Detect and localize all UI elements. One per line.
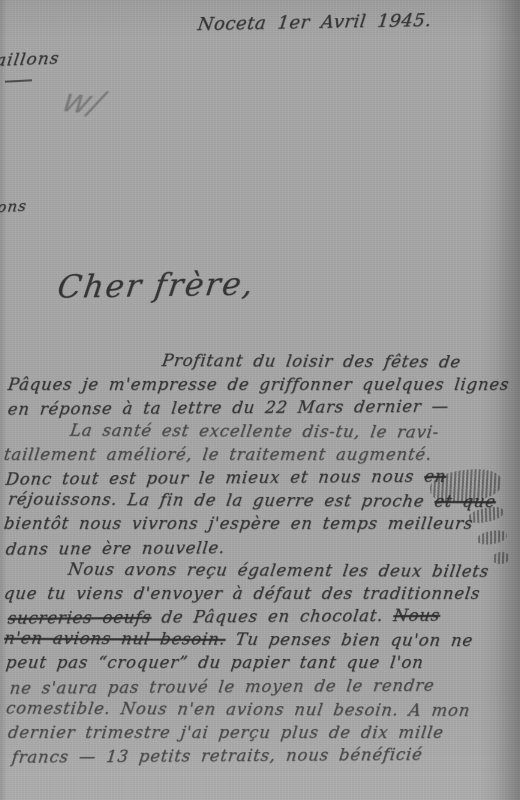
line-text: comestible. Nous n'en avions nul besoin.… bbox=[5, 698, 472, 719]
handwritten-line: francs — 13 petits retraits, nous bénéfi… bbox=[10, 742, 520, 769]
handwritten-line: comestible. Nous n'en avions nul besoin.… bbox=[5, 696, 520, 722]
handwritten-line: réjouissons. La fin de la guerre est pro… bbox=[7, 488, 520, 514]
line-text: Pâques je m'empresse de griffonner quelq… bbox=[7, 375, 511, 394]
line-text: La santé est excellente dis-tu, le ravi- bbox=[69, 420, 441, 441]
line-text: bientôt nous vivrons j'espère en temps m… bbox=[3, 514, 474, 533]
handwritten-line: sucreries oeufs de Pâques en chocolat. N… bbox=[6, 603, 520, 630]
line-text: ne s'aura pas trouvé le moyen de le rend… bbox=[9, 675, 436, 697]
handwritten-line: bientôt nous vivrons j'espère en temps m… bbox=[3, 512, 520, 535]
handwritten-line: peut pas “croquer” du papier tant que l'… bbox=[5, 651, 520, 674]
handwritten-line: que tu viens d'envoyer à défaut des trad… bbox=[3, 582, 520, 605]
line-text: Donc tout est pour le mieux et nous nous bbox=[5, 467, 426, 489]
margin-fragment-mid-left: illons bbox=[0, 197, 28, 217]
line-text: Profitant du loisir des fêtes de bbox=[161, 351, 463, 372]
line-text: en réponse à ta lettre du 22 Mars dernie… bbox=[7, 397, 450, 419]
struck-text: en bbox=[423, 467, 447, 486]
handwritten-line: Pâques je m'empresse de griffonner quelq… bbox=[7, 373, 520, 396]
struck-text: sucreries oeufs bbox=[7, 608, 153, 628]
fragment-underline bbox=[5, 79, 32, 82]
struck-text: Nous bbox=[392, 606, 441, 625]
line-text: Nous avons reçu également les deux bille… bbox=[67, 559, 491, 580]
handwritten-line: dans une ère nouvelle. bbox=[4, 534, 520, 561]
handwritten-line: La santé est excellente dis-tu, le ravi- bbox=[68, 418, 520, 444]
line-text: dernier trimestre j'ai perçu plus de dix… bbox=[7, 723, 445, 742]
letter-body: Profitant du loisir des fêtes dePâques j… bbox=[4, 350, 520, 767]
line-text: francs — 13 petits retraits, nous bénéfi… bbox=[11, 745, 424, 767]
handwritten-line: en réponse à ta lettre du 22 Mars dernie… bbox=[6, 395, 520, 422]
salutation: Cher frère, bbox=[55, 266, 257, 305]
line-text: réjouissons. La fin de la guerre est pro… bbox=[7, 490, 436, 511]
struck-text: et que bbox=[433, 492, 497, 511]
handwritten-line: Nous avons reçu également les deux bille… bbox=[66, 557, 520, 583]
handwritten-line: Donc tout est pour le mieux et nous nous… bbox=[4, 464, 520, 491]
scanned-letter-page: Noceta 1er Avril 1945. haillons w/ illon… bbox=[0, 0, 520, 800]
letter-dateline: Noceta 1er Avril 1945. bbox=[196, 10, 432, 35]
line-text: peut pas “croquer” du papier tant que l'… bbox=[5, 653, 425, 672]
line-text: Tu penses bien qu'on ne bbox=[224, 630, 474, 650]
struck-text: n'en avions nul besoin. bbox=[3, 629, 227, 649]
line-text: dans une ère nouvelle. bbox=[5, 538, 226, 559]
handwritten-line: n'en avions nul besoin. Tu penses bien q… bbox=[3, 627, 520, 653]
line-text: de Pâques en chocolat. bbox=[150, 606, 394, 627]
handwritten-line: dernier trimestre j'ai perçu plus de dix… bbox=[7, 721, 520, 744]
handwritten-line: ne s'aura pas trouvé le moyen de le rend… bbox=[8, 673, 520, 700]
margin-fragment-top-left: haillons bbox=[0, 49, 61, 72]
pencil-mark: w/ bbox=[57, 81, 109, 123]
handwritten-line: Profitant du loisir des fêtes de bbox=[160, 349, 520, 374]
handwritten-line: taillement amélioré, le traitement augme… bbox=[3, 443, 520, 466]
line-text: que tu viens d'envoyer à défaut des trad… bbox=[3, 584, 482, 603]
line-text: taillement amélioré, le traitement augme… bbox=[3, 445, 433, 464]
